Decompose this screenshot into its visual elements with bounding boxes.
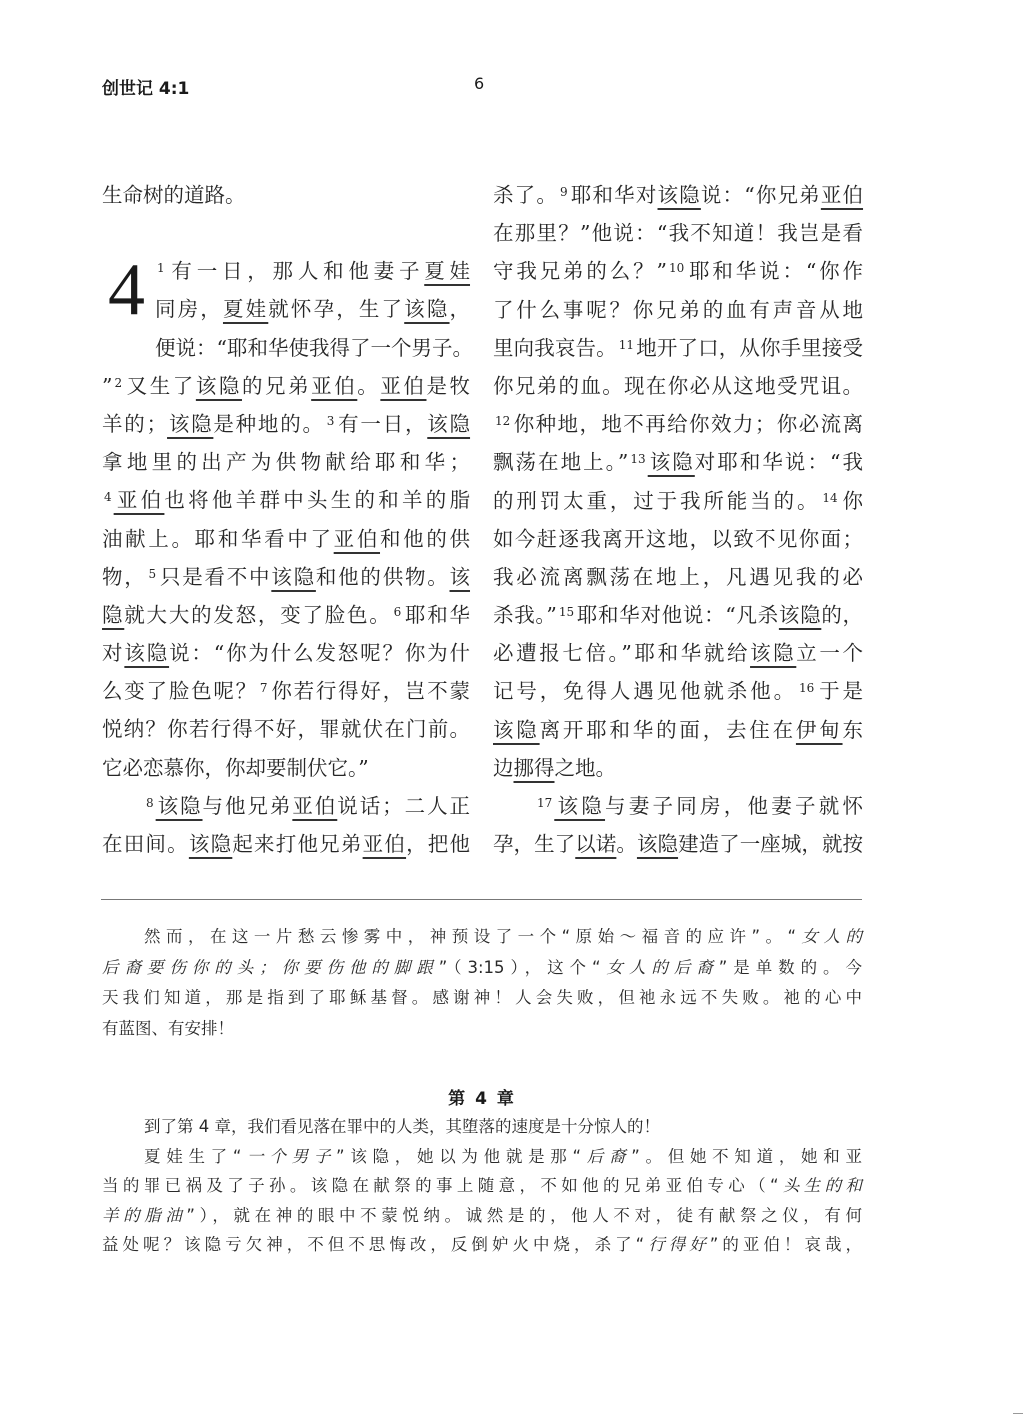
- proper-name: 该隐: [156, 794, 203, 818]
- text: ，把他: [406, 832, 470, 856]
- verse-number: 3: [327, 414, 335, 428]
- proper-name: 夏娃: [424, 259, 470, 283]
- text: 立一个: [796, 641, 863, 665]
- proper-name: 该隐: [554, 794, 605, 818]
- proper-name: 亚伯: [334, 527, 380, 551]
- verse-number: 13: [630, 452, 645, 466]
- text: 。: [357, 374, 380, 398]
- text: 之地。: [555, 756, 617, 780]
- quoted-scripture: 羊的脂油: [102, 1206, 186, 1225]
- text: 的，: [821, 603, 863, 627]
- place-name: 伊甸: [796, 718, 843, 742]
- verse-line: 杀我。”15耶和华对他说：“凡杀该隐的，: [493, 596, 863, 634]
- paragraph-gap: [102, 214, 470, 252]
- verse-line: 飘荡在地上。”13该隐对耶和华说：“我: [493, 443, 863, 481]
- verse-line: 边挪得之地。: [493, 749, 863, 787]
- proper-name: 该隐: [658, 183, 701, 207]
- text: 边: [493, 756, 514, 780]
- text: 是种地的。: [213, 412, 324, 436]
- verse-line: 必遭报七倍。”耶和华就给该隐立一个: [493, 634, 863, 672]
- text: 说话；二人正: [337, 794, 470, 818]
- text: ，: [450, 297, 471, 321]
- verse-line: 孕，生了以诺。该隐建造了一座城，就按: [493, 825, 863, 863]
- text: 益处呢？该隐亏欠神，不但不思悔改，反倒妒火中烧，杀了“: [102, 1235, 644, 1254]
- commentary-paragraph: 然而，在这一片愁云惨雾中，神预设了一个“原始～福音的应许”。“女人的 后裔要伤你…: [102, 922, 862, 1044]
- proper-name: 该隐: [124, 641, 169, 665]
- proper-name: 该隐: [493, 718, 540, 742]
- quoted-scripture: 女人的后裔: [601, 958, 719, 977]
- proper-name: 该: [450, 565, 471, 589]
- proper-name: 以诺: [575, 832, 616, 856]
- verse-line: 油献上。耶和华看中了亚伯和他的供: [102, 520, 470, 558]
- proper-name: 该隐: [196, 374, 242, 398]
- text: 守我兄弟的么？”: [493, 259, 667, 283]
- verse-line: 在田间。该隐起来打他兄弟亚伯，把他: [102, 825, 470, 863]
- verse-line: 的刑罚太重，过于我所能当的。14你: [493, 482, 863, 520]
- text: 。: [616, 832, 637, 856]
- proper-name: 该隐: [271, 565, 316, 589]
- text: 物，: [102, 565, 147, 589]
- proper-name: 夏娃: [223, 297, 268, 321]
- commentary-line: 然而，在这一片愁云惨雾中，神预设了一个“原始～福音的应许”。“女人的: [102, 922, 862, 953]
- chapter-drop-cap: 4: [108, 260, 145, 330]
- verse-line: 同房，夏娃就怀孕，生了该隐，: [102, 290, 470, 328]
- verse-number: 8: [146, 796, 154, 810]
- verse-number: 4: [104, 490, 112, 504]
- text: 的兄弟: [242, 374, 311, 398]
- verse-number: 14: [822, 491, 837, 505]
- verse-line: 8该隐与他兄弟亚伯说话；二人正: [102, 787, 470, 825]
- text: 东: [843, 718, 864, 742]
- verse-number: 7: [260, 681, 268, 695]
- text: 与他兄弟: [203, 794, 293, 818]
- text: 耶和华说：“你作: [686, 259, 863, 283]
- proper-name: 该隐: [637, 832, 678, 856]
- quoted-scripture: 行得好: [644, 1235, 710, 1254]
- text: 么变了脸色呢？: [102, 679, 258, 703]
- proper-name: 亚伯: [311, 374, 357, 398]
- text: 又生了: [124, 374, 196, 398]
- text: 说：“你兄弟: [701, 183, 821, 207]
- text: 杀了。: [493, 183, 558, 207]
- chapter-heading: 第 4 章: [0, 1084, 964, 1109]
- text: 夏娃生了“: [144, 1147, 241, 1166]
- verse-line: 该隐离开耶和华的面，去住在伊甸东: [493, 711, 863, 749]
- commentary-line: 后裔要伤你的头；你要伤他的脚跟”（3:15），这个“女人的后裔”是单数的。今: [102, 953, 862, 984]
- text: 在田间。: [102, 832, 189, 856]
- commentary-line: 天我们知道，那是指到了耶稣基督。感谢神！人会失败，但祂永远不失败。祂的心中: [102, 983, 862, 1014]
- verse-line: 物，5只是看不中该隐和他的供物。该: [102, 558, 470, 596]
- verse-line: 了什么事呢？你兄弟的血有声音从地: [493, 291, 863, 329]
- verse-number: 2: [114, 376, 122, 390]
- verse-number: 6: [394, 605, 402, 619]
- proper-name: 亚伯: [363, 832, 406, 856]
- text: 也将他羊群中头生的和羊的脂: [164, 488, 470, 512]
- verse-line: 如今赶逐我离开这地，以致不见你面；: [493, 520, 863, 558]
- verse-line: 里向我哀告。11地开了口，从你手里接受: [493, 329, 863, 367]
- text: 和他的供物。: [316, 565, 450, 589]
- proper-name: 亚伯: [292, 794, 337, 818]
- verse-line: 悦纳？你若行得不好，罪就伏在门前。: [102, 710, 470, 748]
- text: 地开了口，从你手里接受: [636, 336, 863, 360]
- verse-number: 17: [537, 796, 552, 810]
- text: 起来打他兄弟: [232, 832, 362, 856]
- verse-number: 10: [669, 261, 684, 275]
- text-line: 生命树的道路。: [102, 176, 470, 214]
- text: ”（3:15），这个“: [439, 958, 601, 977]
- text: 耶和华对: [570, 183, 658, 207]
- text: 对: [102, 641, 124, 665]
- commentary-line: 益处呢？该隐亏欠神，不但不思悔改，反倒妒火中烧，杀了“行得好”的亚伯！哀哉，: [102, 1230, 862, 1260]
- quoted-scripture: 后裔: [581, 1147, 631, 1166]
- verse-number: 15: [559, 605, 574, 619]
- commentary-line: 夏娃生了“一个男子”该隐，她以为他就是那“后裔”。但她不知道，她和亚: [102, 1142, 862, 1172]
- verse-line: 隐就大大的发怒，变了脸色。6耶和华: [102, 596, 470, 634]
- scripture-left-column: 生命树的道路。 4 1有一日，那人和他妻子夏娃 同房，夏娃就怀孕，生了该隐， 便…: [102, 176, 470, 863]
- proper-name: 该隐: [648, 450, 695, 474]
- text: ”是单数的。今: [719, 958, 862, 977]
- text: 耶和华对他说：“凡杀: [576, 603, 779, 627]
- proper-name: 该隐: [750, 641, 796, 665]
- commentary-section: 到了第 4 章，我们看见落在罪中的人类，其堕落的速度是十分惊人的！ 夏娃生了“一…: [102, 1112, 862, 1260]
- section-divider: [101, 899, 862, 900]
- verse-number: 5: [149, 567, 157, 581]
- text: 你: [840, 489, 863, 513]
- text: 与妻子同房，他妻子就怀: [605, 794, 863, 818]
- verse-line: 1有一日，那人和他妻子夏娃: [102, 252, 470, 290]
- verse-number: 12: [495, 414, 510, 428]
- verse-line: 17该隐与妻子同房，他妻子就怀: [493, 787, 863, 825]
- verse-line: 羊的；该隐是种地的。3有一日，该隐: [102, 405, 470, 443]
- text: 对耶和华说：“我: [695, 450, 863, 474]
- commentary-line: 有蓝图、有安排！: [102, 1014, 862, 1045]
- text: 于是: [816, 679, 863, 703]
- text: 你若行得好，岂不蒙: [270, 679, 470, 703]
- commentary-line: 当的罪已祸及了子孙。该隐在献祭的事上随意，不如他的兄弟亚伯专心（“头生的和: [102, 1171, 862, 1201]
- verse-line: 拿地里的出产为供物献给耶和华；: [102, 443, 470, 481]
- verse-line: 你兄弟的血。现在你必从这地受咒诅。: [493, 367, 863, 405]
- proper-name: 该隐: [189, 832, 232, 856]
- verse-line: 我必流离飘荡在地上，凡遇见我的必: [493, 558, 863, 596]
- text: 孕，生了: [493, 832, 575, 856]
- place-name: 挪得: [514, 756, 555, 780]
- verse-line: 守我兄弟的么？”10耶和华说：“你作: [493, 252, 863, 290]
- proper-name: 亚伯: [114, 488, 165, 512]
- text: 羊的；: [102, 412, 167, 436]
- verse-number: 16: [799, 681, 814, 695]
- verse-line: 4亚伯也将他羊群中头生的和羊的脂: [102, 481, 470, 519]
- scripture-right-column: 杀了。9耶和华对该隐说：“你兄弟亚伯 在那里？”他说：“我不知道！我岂是看 守我…: [493, 176, 863, 863]
- text: 杀我。”: [493, 603, 557, 627]
- text: 必遭报七倍。”耶和华就给: [493, 641, 750, 665]
- running-head: 创世记 4:1: [102, 74, 189, 99]
- verse-number: 1: [157, 261, 165, 275]
- quoted-scripture: 一个男子: [241, 1147, 336, 1166]
- text: 建造了一座城，就按: [678, 832, 863, 856]
- text: 里向我哀告。: [493, 336, 617, 360]
- text: 你种地，地不再给你效力；你必流离: [512, 412, 863, 436]
- text: 的刑罚太重，过于我所能当的。: [493, 489, 820, 513]
- verse-line: 么变了脸色呢？7你若行得好，岂不蒙: [102, 672, 470, 710]
- proper-name: 隐: [102, 603, 124, 627]
- commentary-line: 到了第 4 章，我们看见落在罪中的人类，其堕落的速度是十分惊人的！: [102, 1112, 862, 1142]
- text: 同房，: [155, 297, 223, 321]
- text: 和他的供: [380, 527, 470, 551]
- proper-name: 该隐: [167, 412, 213, 436]
- verse-number: 11: [619, 338, 634, 352]
- text: 就大大的发怒，变了脸色。: [124, 603, 391, 627]
- verse-line: ”2又生了该隐的兄弟亚伯。亚伯是牧: [102, 367, 470, 405]
- text: ”: [102, 374, 112, 398]
- text: 记号，免得人遇见他就杀他。: [493, 679, 797, 703]
- proper-name: 亚伯: [821, 183, 863, 207]
- quoted-scripture: 女人的: [796, 927, 862, 946]
- quoted-scripture: 头生的和: [779, 1176, 863, 1195]
- proper-name: 亚伯: [380, 374, 426, 398]
- text: 离开耶和华的面，去住在: [540, 718, 796, 742]
- scan-corner-mark: [1013, 1413, 1023, 1414]
- text: 飘荡在地上。”: [493, 450, 628, 474]
- text: 说：“你为什么发怒呢？你为什: [169, 641, 470, 665]
- page-number: 6: [474, 74, 484, 93]
- text: 油献上。耶和华看中了: [102, 527, 334, 551]
- proper-name: 该隐: [779, 603, 821, 627]
- verse-number: 9: [560, 185, 568, 199]
- text: 耶和华: [403, 603, 470, 627]
- verse-line: 记号，免得人遇见他就杀他。16于是: [493, 672, 863, 710]
- text: 是牧: [426, 374, 470, 398]
- text: ”），就在神的眼中不蒙悦纳。诚然是的，他人不对，徒有献祭之仪，有何: [186, 1206, 862, 1225]
- proper-name: 该隐: [427, 412, 470, 436]
- text: 有一日，那人和他妻子: [167, 259, 425, 283]
- verse-line: 它必恋慕你，你却要制伏它。”: [102, 749, 470, 787]
- verse-line: 在那里？”他说：“我不知道！我岂是看: [493, 214, 863, 252]
- verse-line: 杀了。9耶和华对该隐说：“你兄弟亚伯: [493, 176, 863, 214]
- text: 就怀孕，生了: [268, 297, 404, 321]
- verse-line: 便说：“耶和华使我得了一个男子。: [102, 329, 470, 367]
- text: ”该隐，她以为他就是那“: [336, 1147, 581, 1166]
- commentary-line: 羊的脂油”），就在神的眼中不蒙悦纳。诚然是的，他人不对，徒有献祭之仪，有何: [102, 1201, 862, 1231]
- text: 然而，在这一片愁云惨雾中，神预设了一个“原始～福音的应许”。“: [144, 927, 796, 946]
- quoted-scripture: 后裔要伤你的头；你要伤他的脚跟: [102, 958, 439, 977]
- text: 只是看不中: [158, 565, 271, 589]
- text: ”的亚伯！哀哉，: [710, 1235, 862, 1254]
- proper-name: 该隐: [404, 297, 449, 321]
- text: 当的罪已祸及了子孙。该隐在献祭的事上随意，不如他的兄弟亚伯专心（“: [102, 1176, 779, 1195]
- text: 有一日，: [336, 412, 427, 436]
- text: ”。但她不知道，她和亚: [631, 1147, 862, 1166]
- verse-line: 对该隐说：“你为什么发怒呢？你为什: [102, 634, 470, 672]
- verse-line: 12你种地，地不再给你效力；你必流离: [493, 405, 863, 443]
